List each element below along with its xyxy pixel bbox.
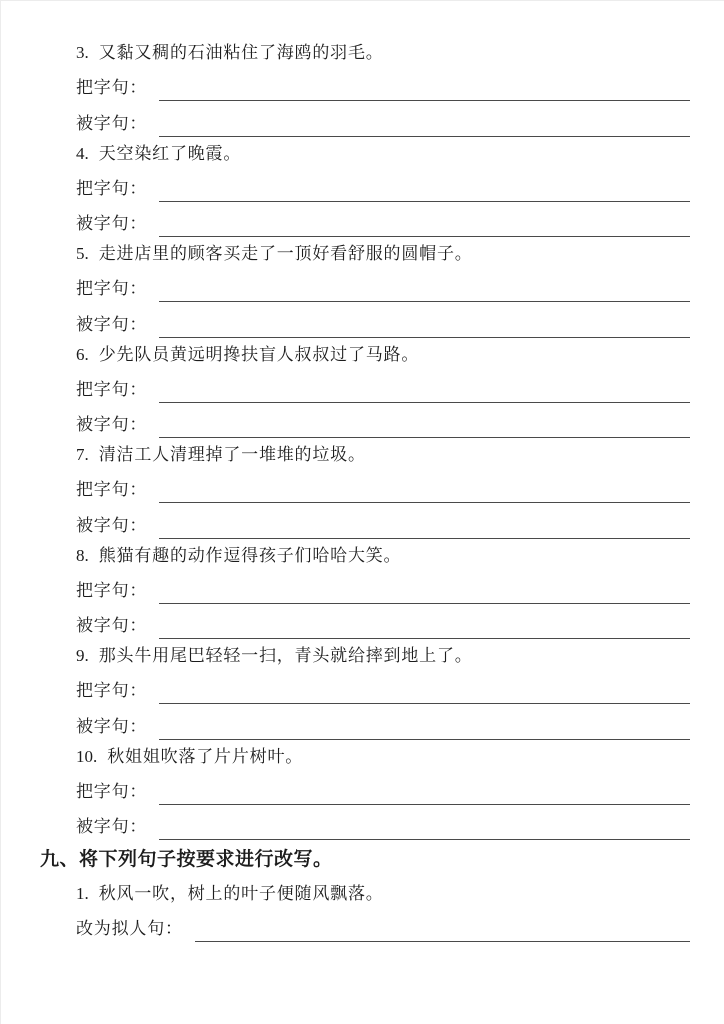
ba-answer-line bbox=[159, 484, 690, 503]
rewrite-question-sentence: 秋风一吹，树上的叶子便随风飘落。 bbox=[99, 879, 384, 908]
ba-sentence-label: 把字句： bbox=[76, 375, 147, 404]
section-nine-heading: 九、将下列句子按要求进行改写。 bbox=[40, 844, 333, 875]
question-sentence: 秋姐姐吹落了片片树叶。 bbox=[107, 742, 303, 771]
bei-answer-line bbox=[159, 520, 690, 539]
question-block: 6. 少先队员黄远明搀扶盲人叔叔过了马路。 把字句： 被字句： bbox=[76, 339, 690, 440]
question-block: 9. 那头牛用尾巴轻轻一扫，青头就给摔到地上了。 把字句： 被字句： bbox=[76, 640, 690, 741]
bei-sentence-row: 被字句： bbox=[76, 303, 690, 338]
ba-sentence-label: 把字句： bbox=[76, 475, 147, 504]
ba-sentence-row: 把字句： bbox=[76, 570, 690, 605]
question-block: 3. 又黏又稠的石油粘住了海鸥的羽毛。 把字句： 被字句： bbox=[76, 37, 690, 138]
bei-sentence-label: 被字句： bbox=[76, 209, 147, 238]
ba-answer-line bbox=[159, 384, 690, 403]
bei-answer-line bbox=[159, 419, 690, 438]
rewrite-question-number: 1. bbox=[76, 884, 89, 908]
question-sentence: 那头牛用尾巴轻轻一扫，青头就给摔到地上了。 bbox=[99, 641, 473, 670]
bei-answer-line bbox=[159, 118, 690, 137]
ba-sentence-row: 把字句： bbox=[76, 469, 690, 504]
question-number: 6. bbox=[76, 345, 89, 369]
rewrite-answer-row: 改为拟人句： bbox=[76, 908, 690, 943]
question-block: 7. 清洁工人清理掉了一堆堆的垃圾。 把字句： 被字句： bbox=[76, 439, 690, 540]
question-sentence-row: 9. 那头牛用尾巴轻轻一扫，青头就给摔到地上了。 bbox=[76, 640, 690, 670]
question-block: 4. 天空染红了晚霞。 把字句： 被字句： bbox=[76, 138, 690, 239]
question-sentence-row: 3. 又黏又稠的石油粘住了海鸥的羽毛。 bbox=[76, 37, 690, 67]
question-sentence: 天空染红了晚霞。 bbox=[99, 139, 241, 168]
question-sentence: 走进店里的顾客买走了一顶好看舒服的圆帽子。 bbox=[99, 239, 473, 268]
ba-answer-line bbox=[159, 585, 690, 604]
question-sentence-row: 6. 少先队员黄远明搀扶盲人叔叔过了马路。 bbox=[76, 339, 690, 369]
question-sentence-row: 5. 走进店里的顾客买走了一顶好看舒服的圆帽子。 bbox=[76, 238, 690, 268]
ba-sentence-label: 把字句： bbox=[76, 274, 147, 303]
question-sentence-row: 4. 天空染红了晚霞。 bbox=[76, 138, 690, 168]
ba-sentence-row: 把字句： bbox=[76, 168, 690, 203]
ba-answer-line bbox=[159, 82, 690, 101]
question-sentence: 清洁工人清理掉了一堆堆的垃圾。 bbox=[99, 440, 366, 469]
question-block: 10. 秋姐姐吹落了片片树叶。 把字句： 被字句： bbox=[76, 741, 690, 842]
question-number: 10. bbox=[76, 747, 97, 771]
question-number: 3. bbox=[76, 43, 89, 67]
bei-sentence-label: 被字句： bbox=[76, 109, 147, 138]
section-nine-heading-row: 九、将下列句子按要求进行改写。 bbox=[40, 841, 690, 875]
worksheet-page: 3. 又黏又稠的石油粘住了海鸥的羽毛。 把字句： 被字句： 4. 天空染红了晚霞… bbox=[0, 0, 724, 1024]
ba-sentence-row: 把字句： bbox=[76, 268, 690, 303]
ba-sentence-label: 把字句： bbox=[76, 73, 147, 102]
ba-answer-line bbox=[159, 786, 690, 805]
rewrite-question-row: 1. 秋风一吹，树上的叶子便随风飘落。 bbox=[76, 875, 690, 909]
question-block: 8. 熊猫有趣的动作逗得孩子们哈哈大笑。 把字句： 被字句： bbox=[76, 540, 690, 641]
question-block: 5. 走进店里的顾客买走了一顶好看舒服的圆帽子。 把字句： 被字句： bbox=[76, 238, 690, 339]
bei-sentence-row: 被字句： bbox=[76, 605, 690, 640]
bei-sentence-label: 被字句： bbox=[76, 712, 147, 741]
bei-sentence-row: 被字句： bbox=[76, 705, 690, 740]
bei-sentence-row: 被字句： bbox=[76, 404, 690, 439]
rewrite-answer-line bbox=[195, 923, 690, 942]
bei-sentence-label: 被字句： bbox=[76, 812, 147, 841]
ba-answer-line bbox=[159, 283, 690, 302]
question-sentence-row: 7. 清洁工人清理掉了一堆堆的垃圾。 bbox=[76, 439, 690, 469]
question-sentence: 熊猫有趣的动作逗得孩子们哈哈大笑。 bbox=[99, 541, 402, 570]
bei-sentence-row: 被字句： bbox=[76, 504, 690, 539]
bei-sentence-label: 被字句： bbox=[76, 611, 147, 640]
bei-sentence-label: 被字句： bbox=[76, 310, 147, 339]
question-sentence: 又黏又稠的石油粘住了海鸥的羽毛。 bbox=[99, 38, 384, 67]
bei-sentence-label: 被字句： bbox=[76, 410, 147, 439]
question-sentence-row: 8. 熊猫有趣的动作逗得孩子们哈哈大笑。 bbox=[76, 540, 690, 570]
bei-sentence-row: 被字句： bbox=[76, 203, 690, 238]
ba-sentence-row: 把字句： bbox=[76, 369, 690, 404]
ba-sentence-label: 把字句： bbox=[76, 174, 147, 203]
question-sentence-row: 10. 秋姐姐吹落了片片树叶。 bbox=[76, 741, 690, 771]
ba-sentence-row: 把字句： bbox=[76, 67, 690, 102]
bei-answer-line bbox=[159, 821, 690, 840]
ba-sentence-label: 把字句： bbox=[76, 777, 147, 806]
ba-answer-line bbox=[159, 685, 690, 704]
ba-sentence-label: 把字句： bbox=[76, 676, 147, 705]
ba-sentence-row: 把字句： bbox=[76, 771, 690, 806]
bei-answer-line bbox=[159, 218, 690, 237]
bei-sentence-row: 被字句： bbox=[76, 806, 690, 841]
question-number: 7. bbox=[76, 445, 89, 469]
bei-sentence-label: 被字句： bbox=[76, 511, 147, 540]
question-number: 8. bbox=[76, 546, 89, 570]
question-sentence: 少先队员黄远明搀扶盲人叔叔过了马路。 bbox=[99, 340, 419, 369]
ba-sentence-label: 把字句： bbox=[76, 576, 147, 605]
rewrite-label: 改为拟人句： bbox=[76, 914, 183, 943]
ba-answer-line bbox=[159, 183, 690, 202]
question-number: 4. bbox=[76, 144, 89, 168]
bei-answer-line bbox=[159, 721, 690, 740]
bei-sentence-row: 被字句： bbox=[76, 102, 690, 137]
question-number: 5. bbox=[76, 244, 89, 268]
question-number: 9. bbox=[76, 646, 89, 670]
bei-answer-line bbox=[159, 319, 690, 338]
bei-answer-line bbox=[159, 620, 690, 639]
ba-sentence-row: 把字句： bbox=[76, 670, 690, 705]
